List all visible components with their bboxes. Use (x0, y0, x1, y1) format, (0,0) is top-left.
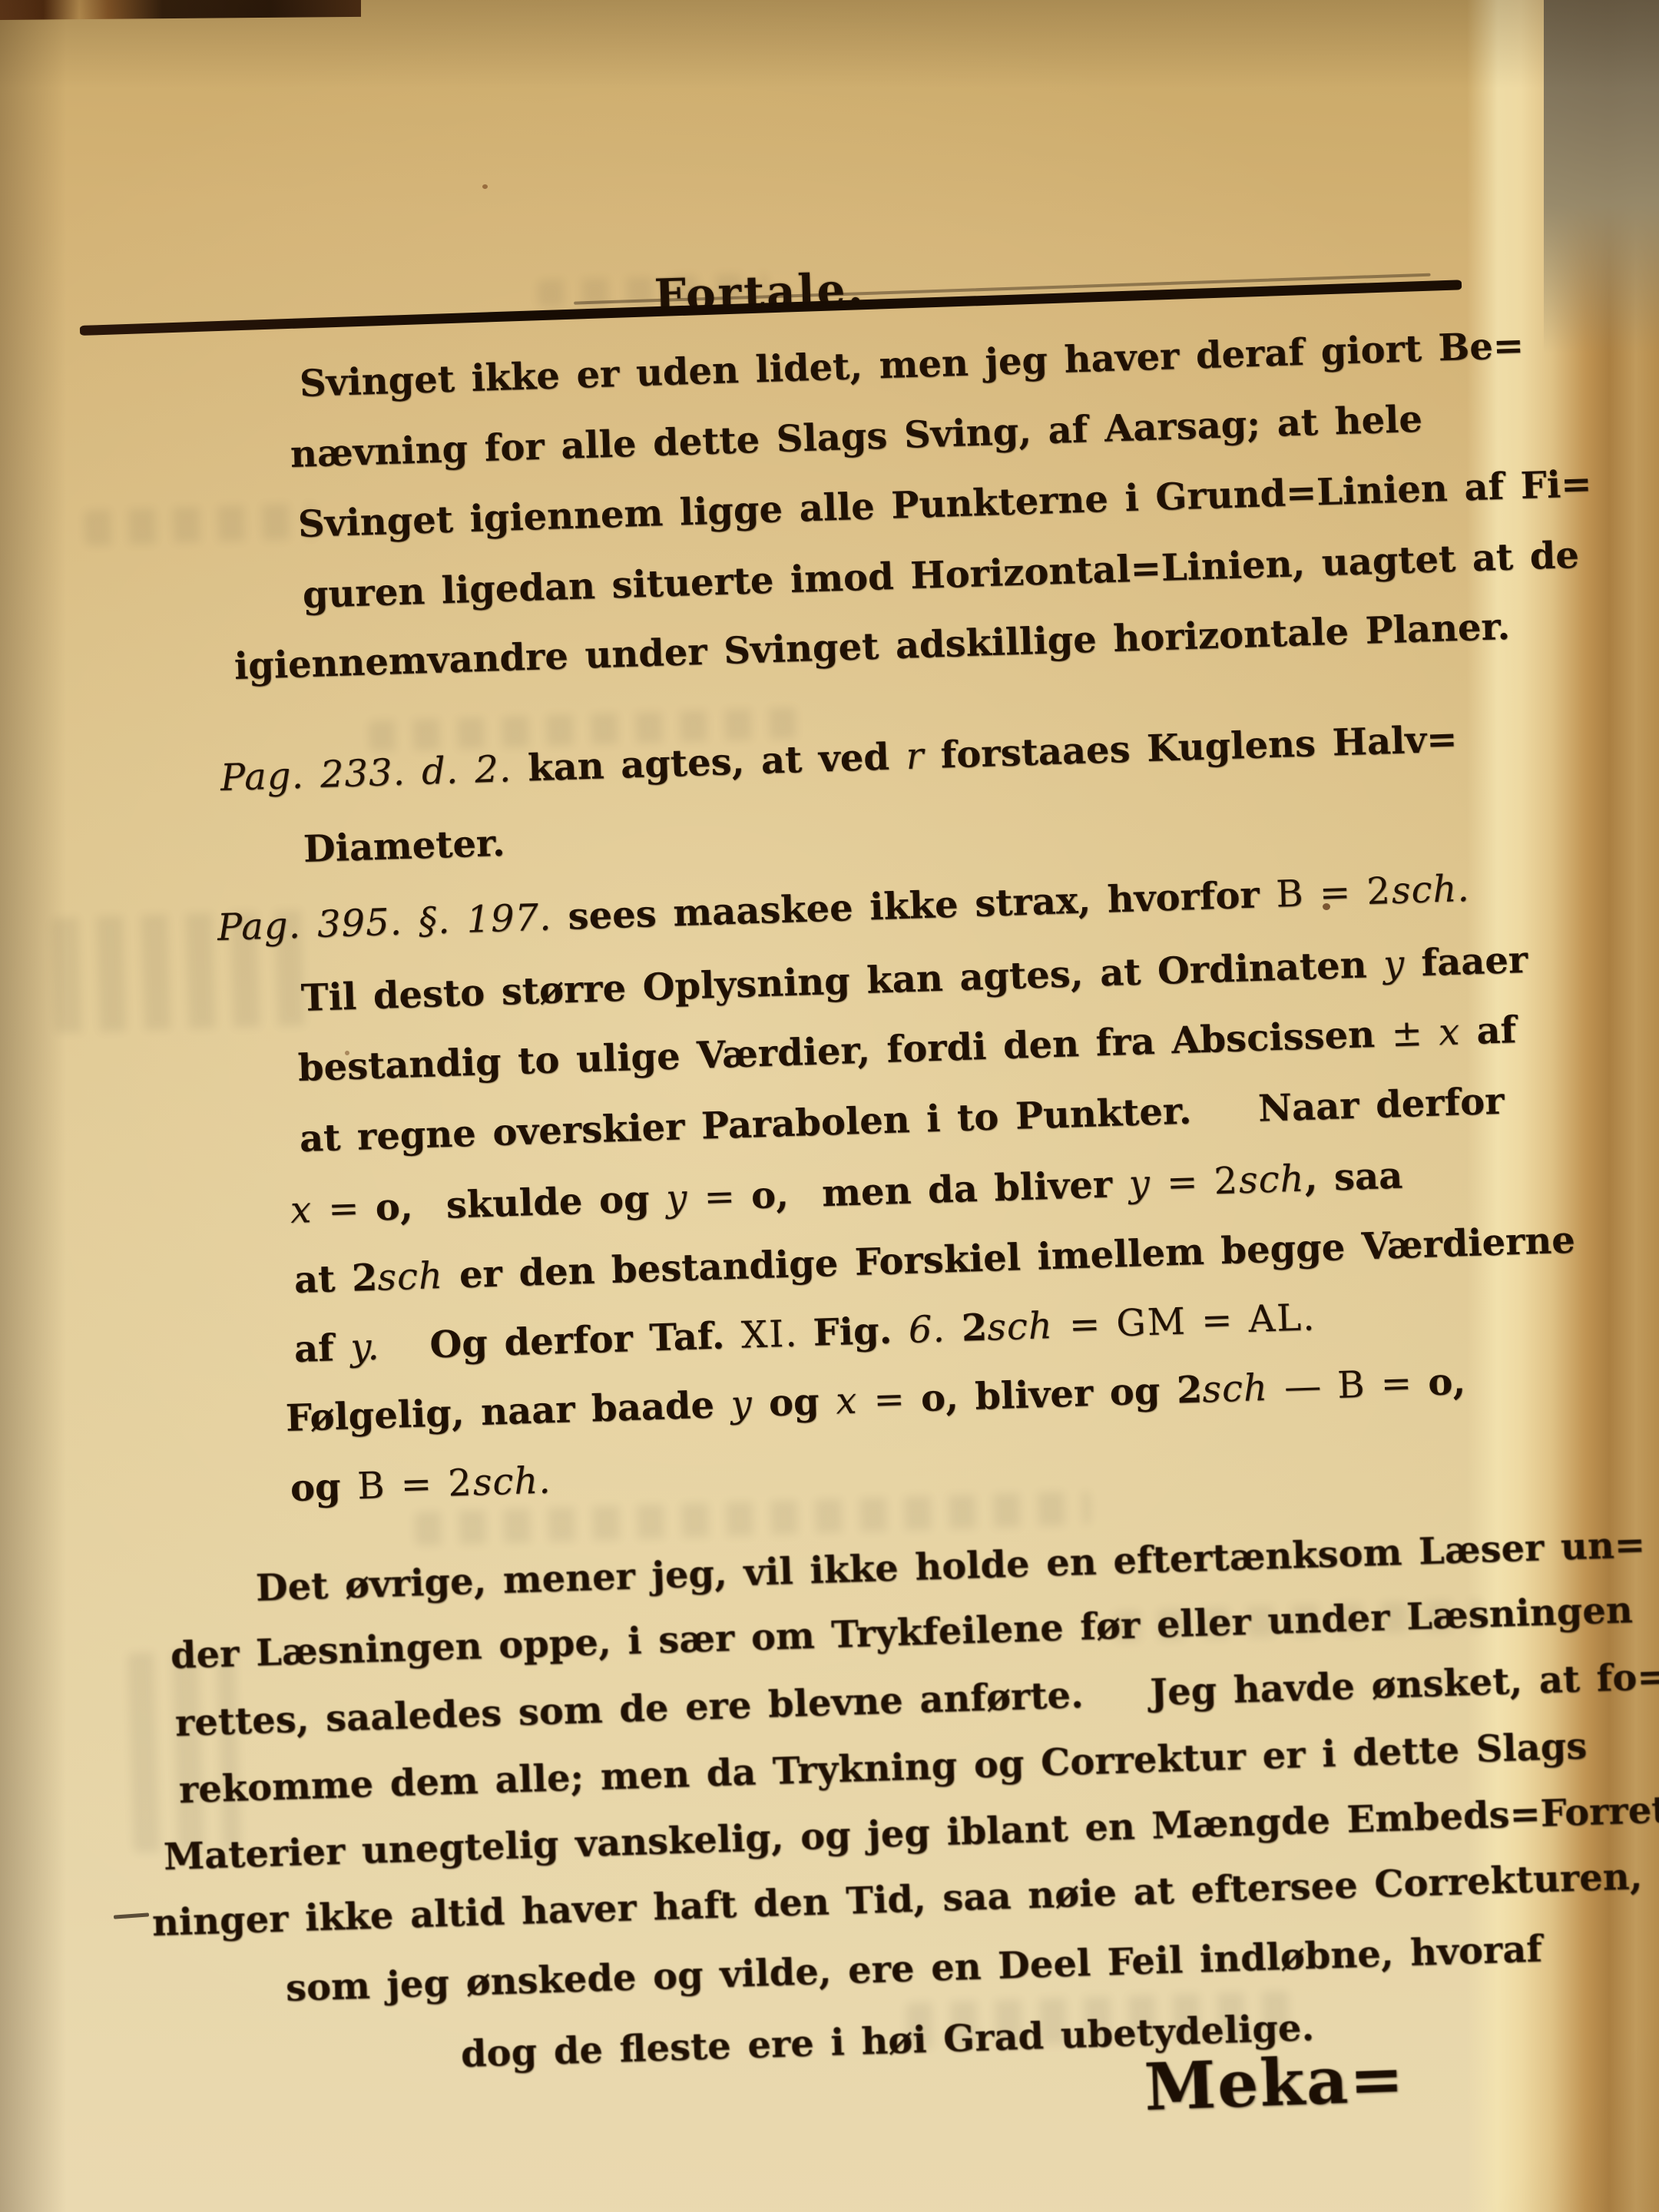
show-through-ghost (127, 1650, 241, 1853)
text-line-11: at regne overskier Parabolen i to Punkte… (299, 1078, 1505, 1162)
text-line-16: og B = 2sch. (290, 1457, 551, 1512)
stray-ink-mark (114, 1912, 149, 1919)
text-line-02: nævning for alle dette Slags Sving, af A… (290, 396, 1423, 478)
text-line-04: guren ligedan situerte imod Horizontal=L… (302, 532, 1580, 618)
text-line-05: igiennemvandre under Svinget adskillige … (233, 604, 1511, 690)
text-line-08: Pag. 395. §. 197. sees maaskee ikke stra… (217, 866, 1470, 951)
text-line-15: Følgelig, naar baade y og x = o, bliver … (285, 1359, 1466, 1442)
text-line-01: Svinget ikke er uden lidet, men jeg have… (299, 323, 1525, 407)
text-line-07: Diameter. (303, 820, 505, 873)
text-line-10: bestandig to ulige Værdier, fordi den fr… (297, 1007, 1517, 1091)
text-line-23: som jeg ønskede og vilde, ere en Deel Fe… (285, 1926, 1543, 2012)
paper-speck (482, 184, 488, 189)
text-line-09: Til desto større Oplysning kan agtes, at… (300, 937, 1528, 1022)
book-top-edge (0, 0, 361, 20)
text-line-13: at 2sch er den bestandige Forskiel imell… (293, 1217, 1576, 1303)
text-line-03: Svinget igiennem ligge alle Punkterne i … (297, 461, 1592, 548)
book-page-photo: Fortale. Svinget ikke er uden lidet, men… (0, 0, 1659, 2212)
catchword: Meka= (1143, 2040, 1406, 2125)
show-through-ghost (84, 503, 315, 545)
background-surface (1544, 0, 1659, 353)
text-line-12: x = o, skulde og y = o, men da bliver y … (290, 1153, 1403, 1233)
text-line-14: af y. Og derfor Taf. XI. Fig. 6. 2sch = … (293, 1294, 1316, 1373)
